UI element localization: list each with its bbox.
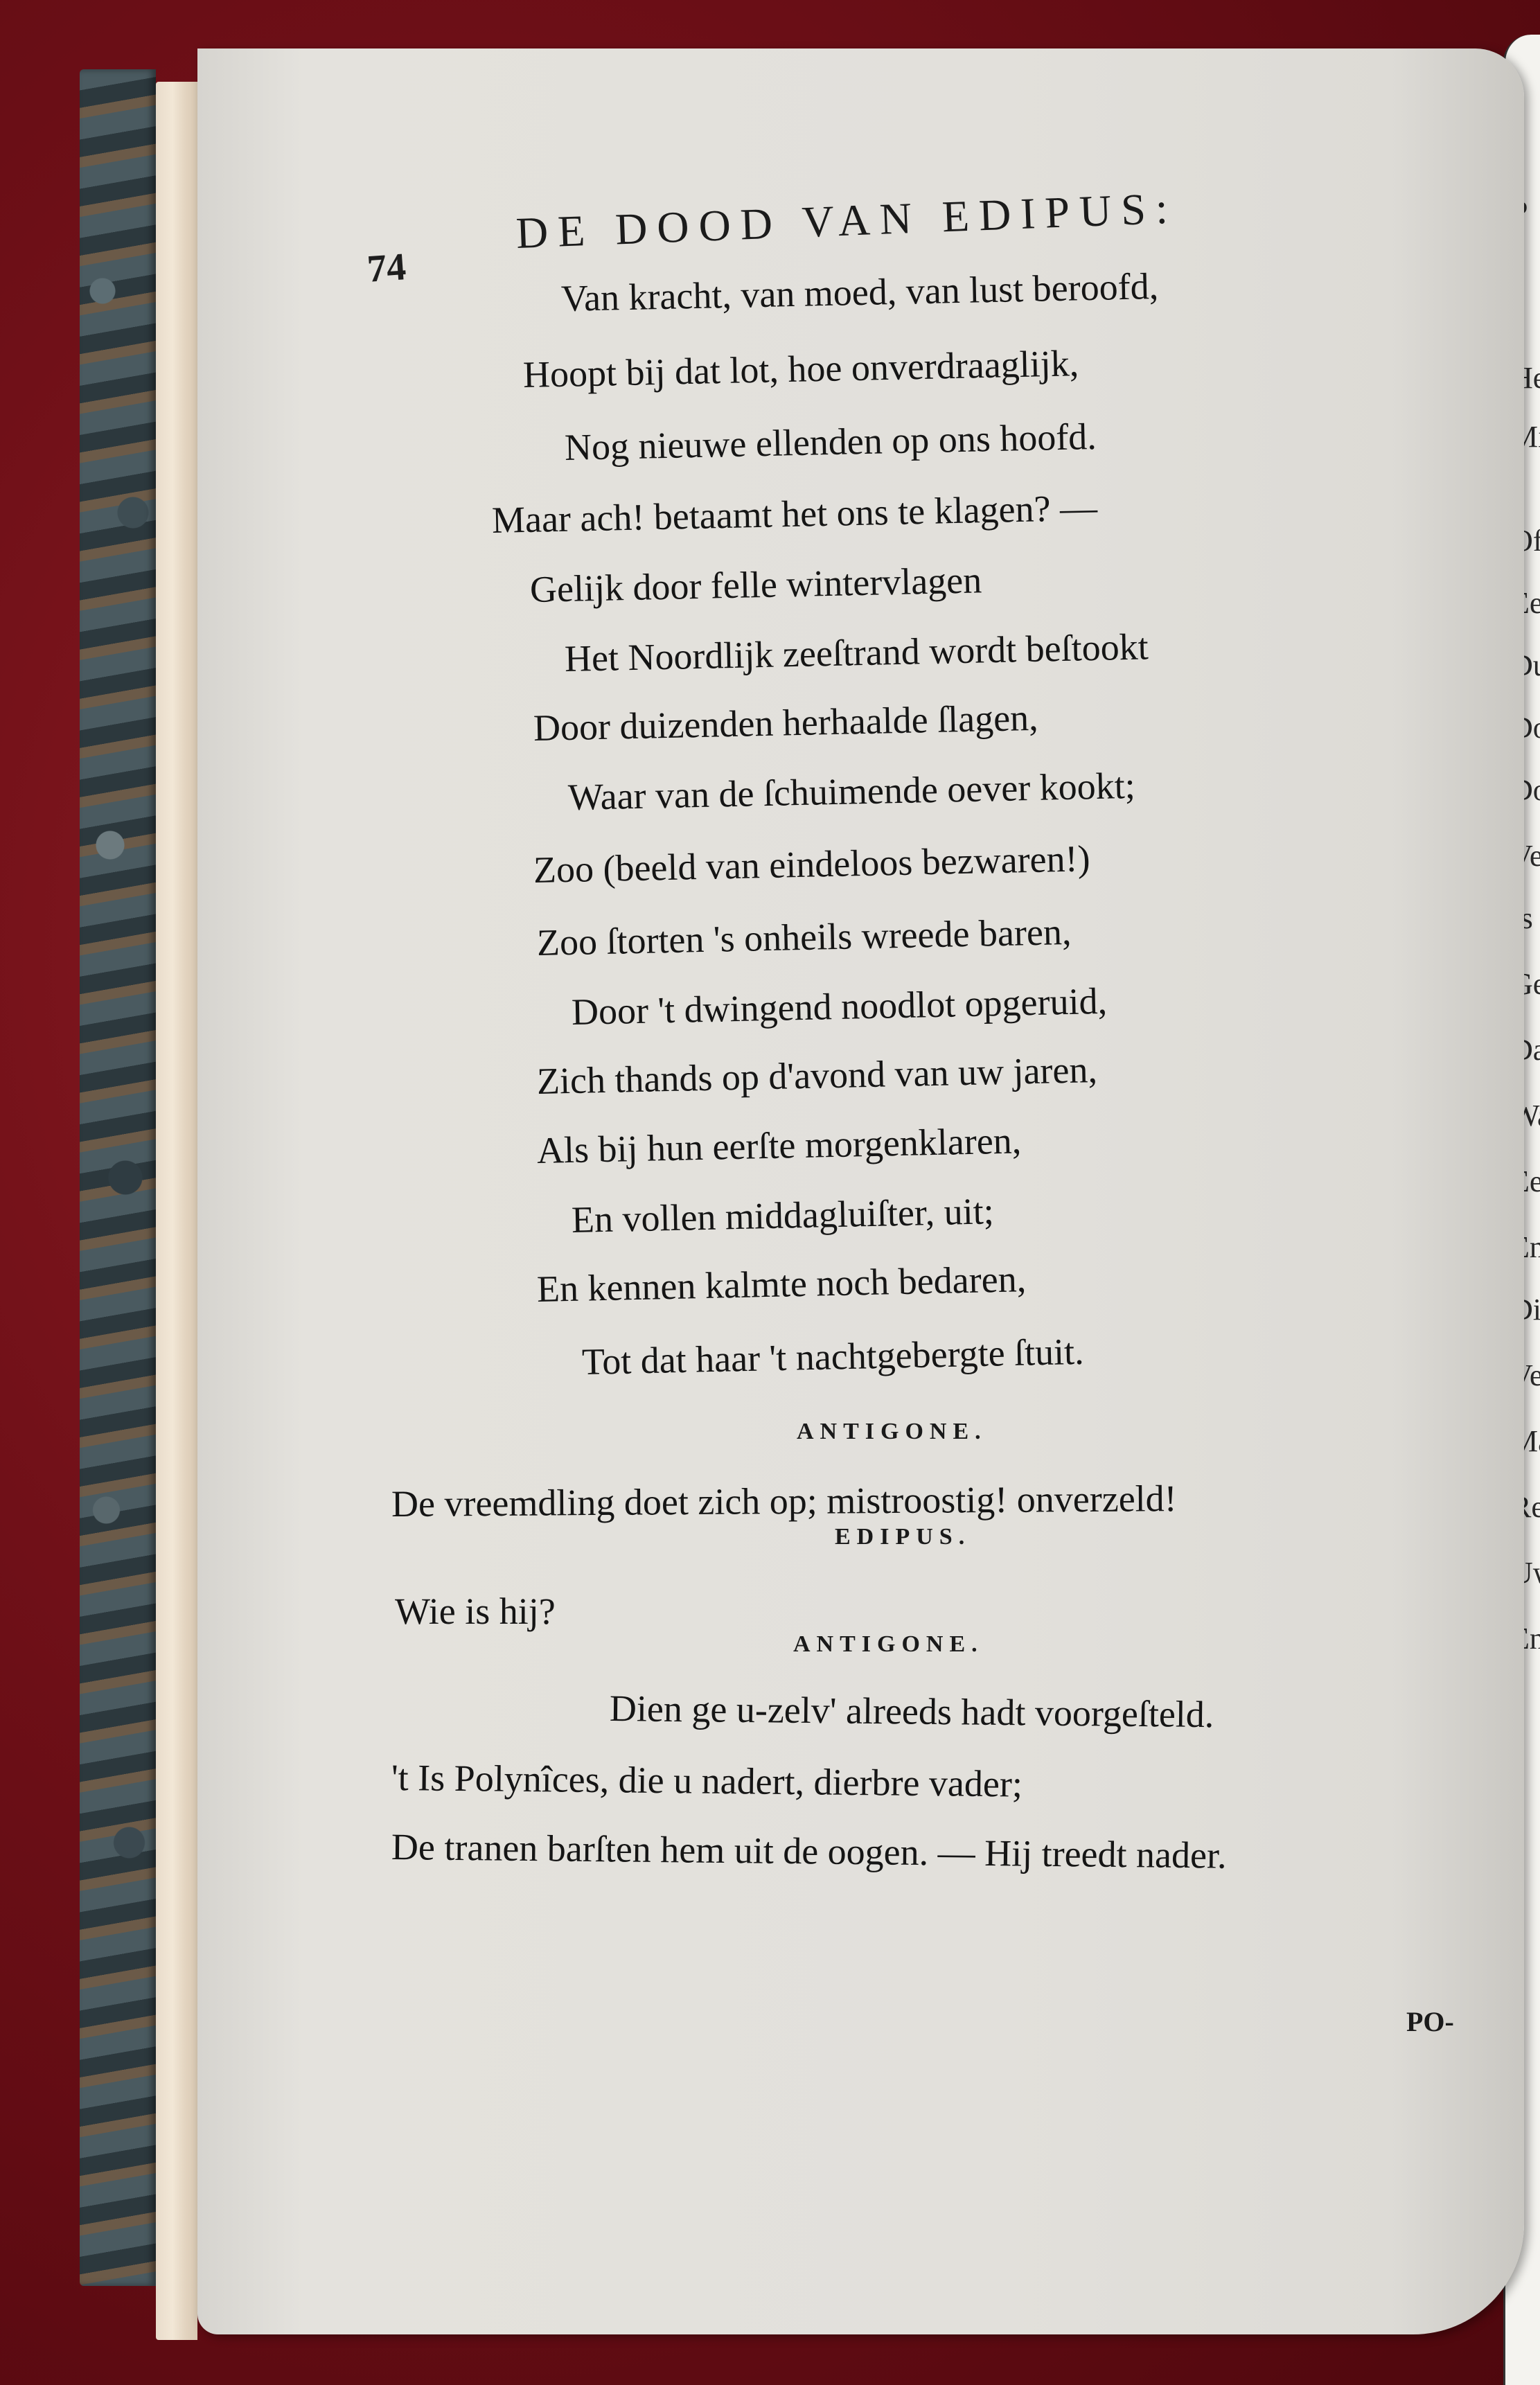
speaker-label: ANTIGONE. xyxy=(797,1419,987,1445)
catchword: PO- xyxy=(1406,2005,1454,2038)
dialogue-line: Dien ge u-zelv' alreeds hadt voorgeſteld… xyxy=(610,1687,1214,1736)
page-number: 74 xyxy=(366,245,407,292)
page-edges xyxy=(156,82,197,2340)
marbled-book-spine xyxy=(80,69,156,2286)
dialogue-line: De tranen barſten hem uit de oogen. — Hi… xyxy=(391,1825,1227,1877)
speaker-label: ANTIGONE. xyxy=(793,1631,984,1658)
speaker-label: EDIPUS. xyxy=(835,1524,971,1550)
book-page xyxy=(197,48,1524,2334)
dialogue-line: Wie is hij? xyxy=(395,1590,556,1633)
dialogue-line: De vreemdling doet zich op; mistroostig!… xyxy=(391,1477,1177,1525)
dialogue-line: 't Is Polynîces, die u nadert, dierbre v… xyxy=(391,1756,1023,1806)
verse-line: En vollen middagluiſter, uit; xyxy=(571,1189,994,1241)
